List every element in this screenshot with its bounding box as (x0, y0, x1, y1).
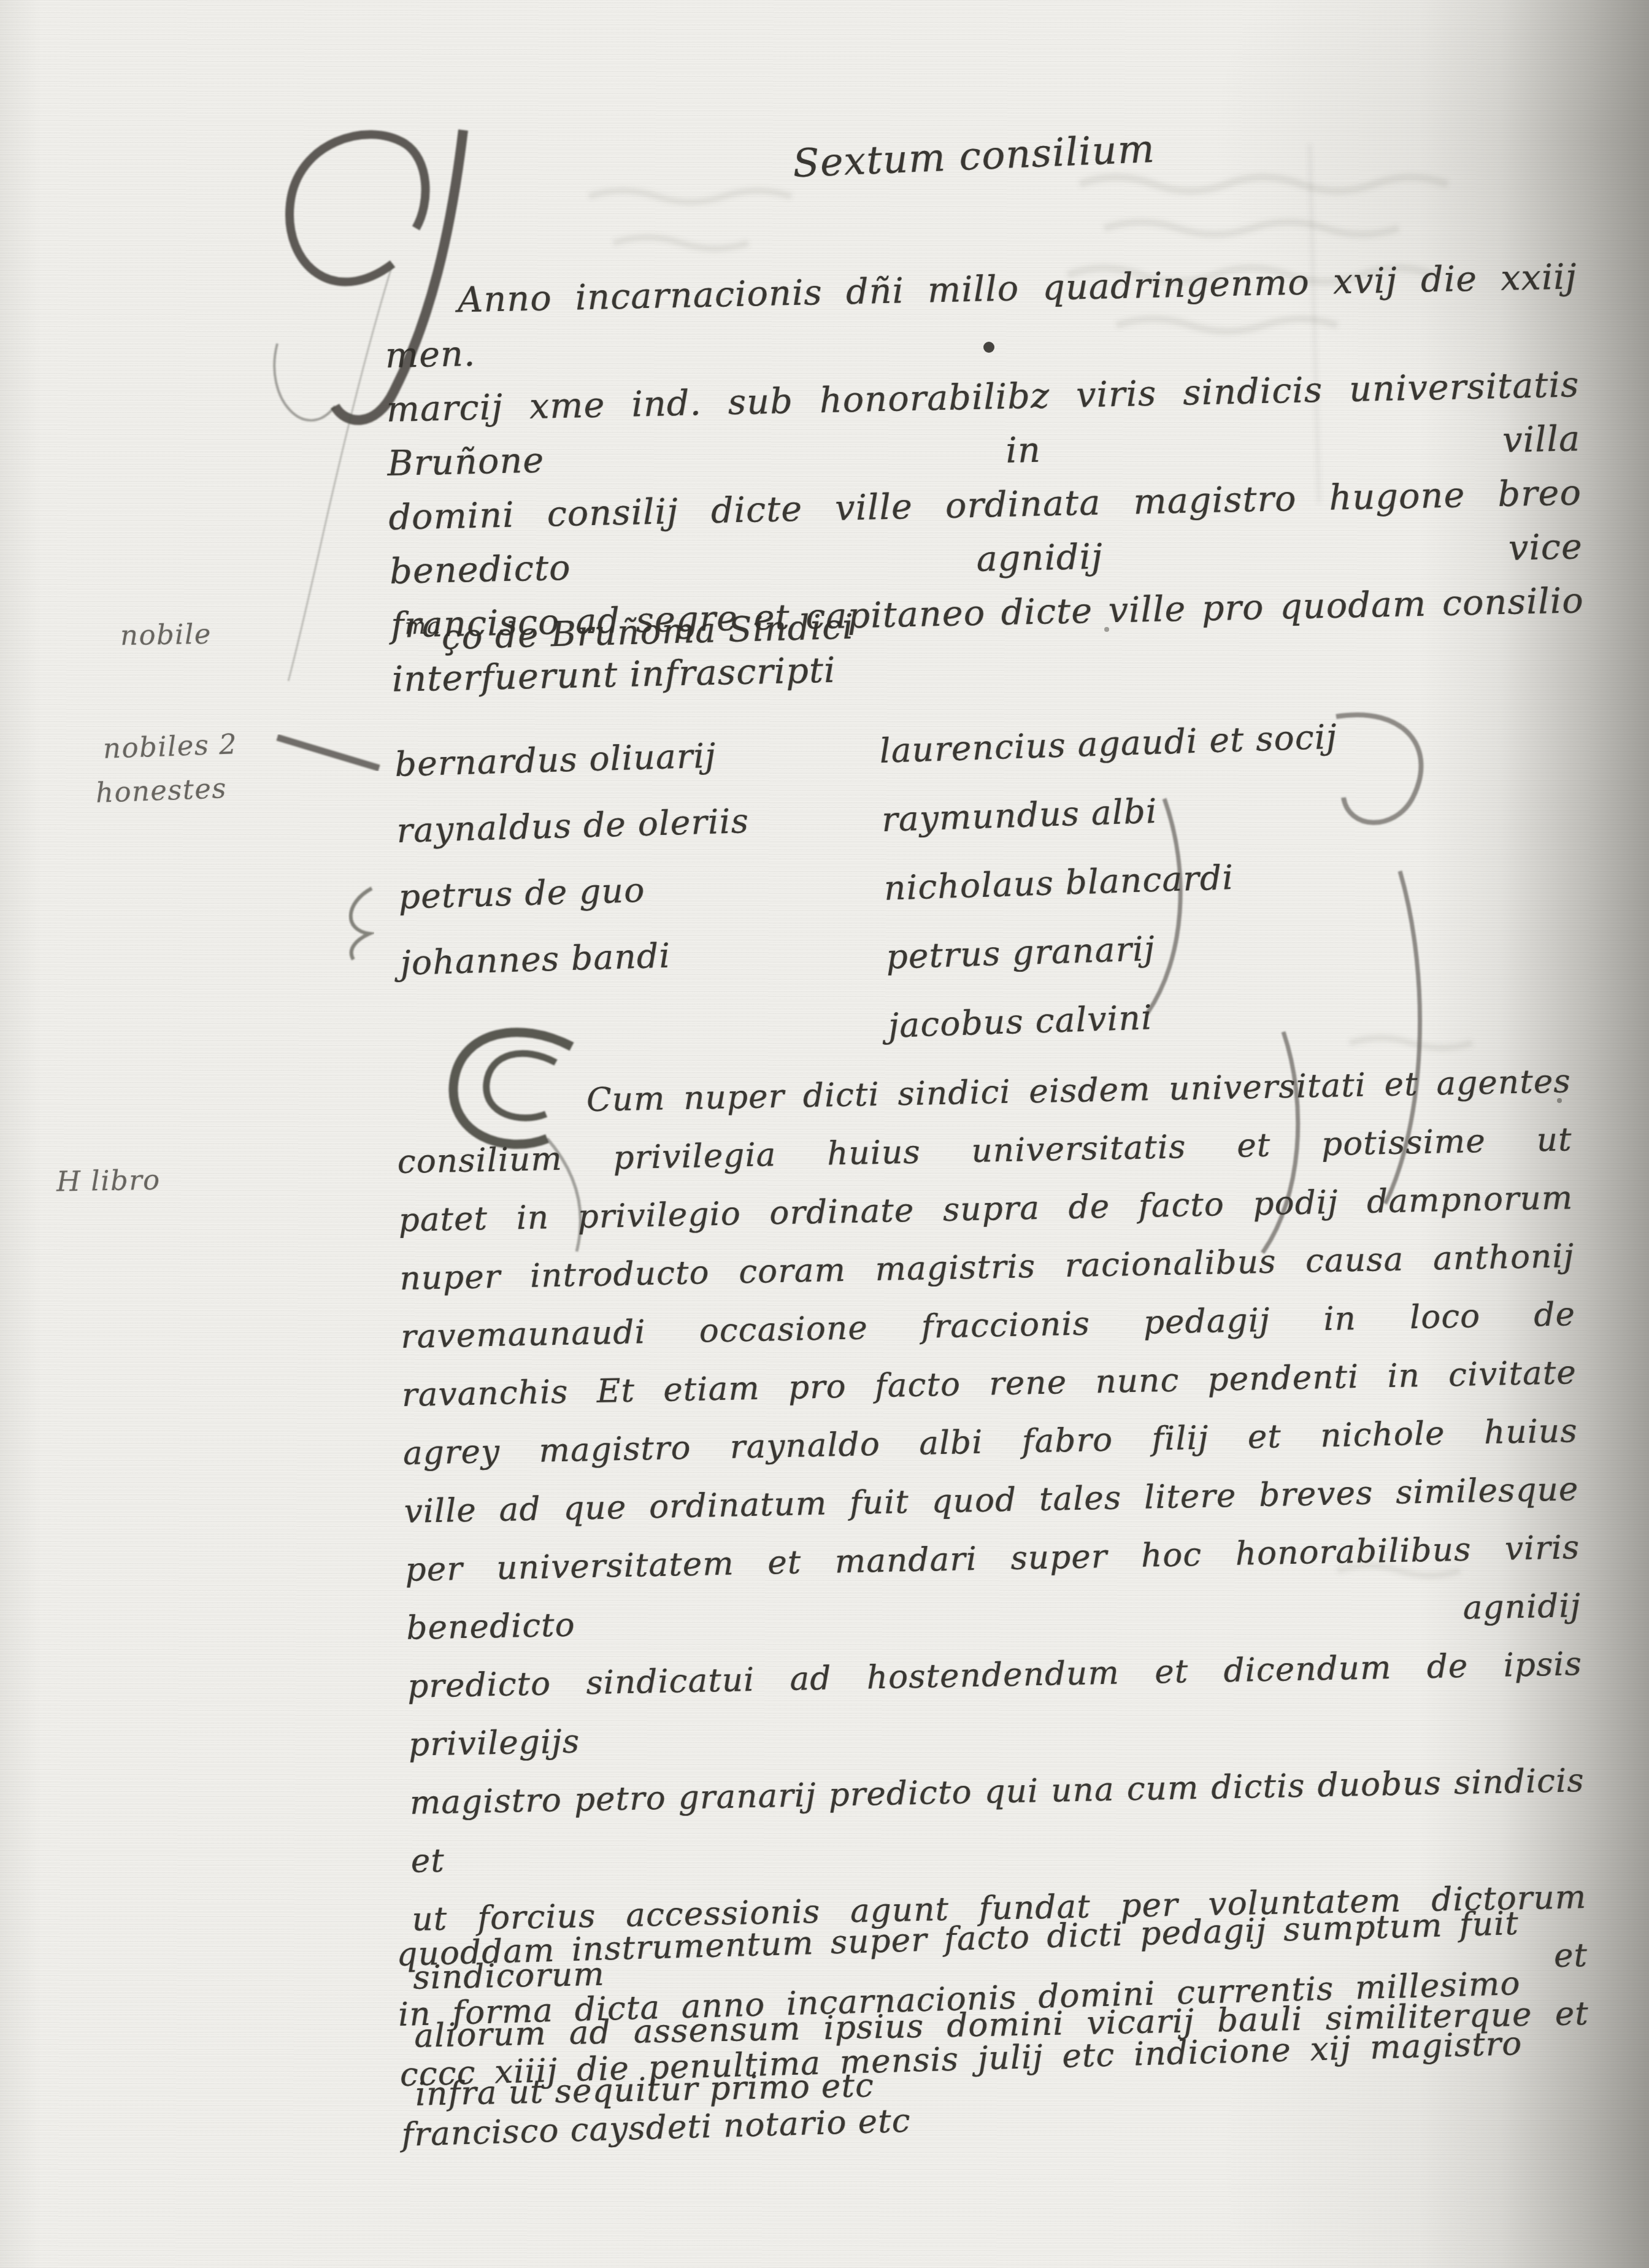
body-line: per universitatem et mandari super hoc h… (405, 1518, 1582, 1658)
councillor-name: petrus de guo (398, 854, 751, 930)
councillors-left-column: bernardus oliuarij raynaldus de oleriis … (394, 721, 753, 996)
body-line: predicto sindicatui ad hostendendum et d… (407, 1635, 1583, 1774)
left-column-bracket (351, 888, 372, 959)
margin-note-h-libro: H libro (56, 1164, 161, 1198)
body-line: magistro petro granarij predicto qui una… (409, 1751, 1586, 1891)
page-title: Sextum consilium (792, 126, 1156, 186)
councillors-right-column: laurencius agaudi et socij raymundus alb… (878, 702, 1347, 1060)
sindici-abbreviation: ma (404, 613, 442, 640)
margin-note-honestes: honestes (95, 772, 228, 809)
councillor-name: johannes bandi (399, 920, 753, 996)
closing-paragraph: quoddam instrumentum super facto dicti p… (396, 1894, 1524, 2166)
councillor-name: bernardus oliuarij (394, 721, 748, 798)
sindici-prefix: ço (441, 617, 484, 658)
councillor-name: laurencius agaudi et socij (878, 702, 1338, 785)
margin-note-nobile: nobile (120, 618, 212, 652)
councillor-name: raynaldus de oleriis (396, 788, 750, 864)
margin-note-nobiles2: nobiles 2 (102, 728, 238, 765)
manuscript-page: Sextum consilium Anno incarnacionis dñi … (0, 0, 1649, 2268)
margin-dash (277, 737, 379, 768)
councillor-name: jacobus calvini (887, 977, 1347, 1059)
